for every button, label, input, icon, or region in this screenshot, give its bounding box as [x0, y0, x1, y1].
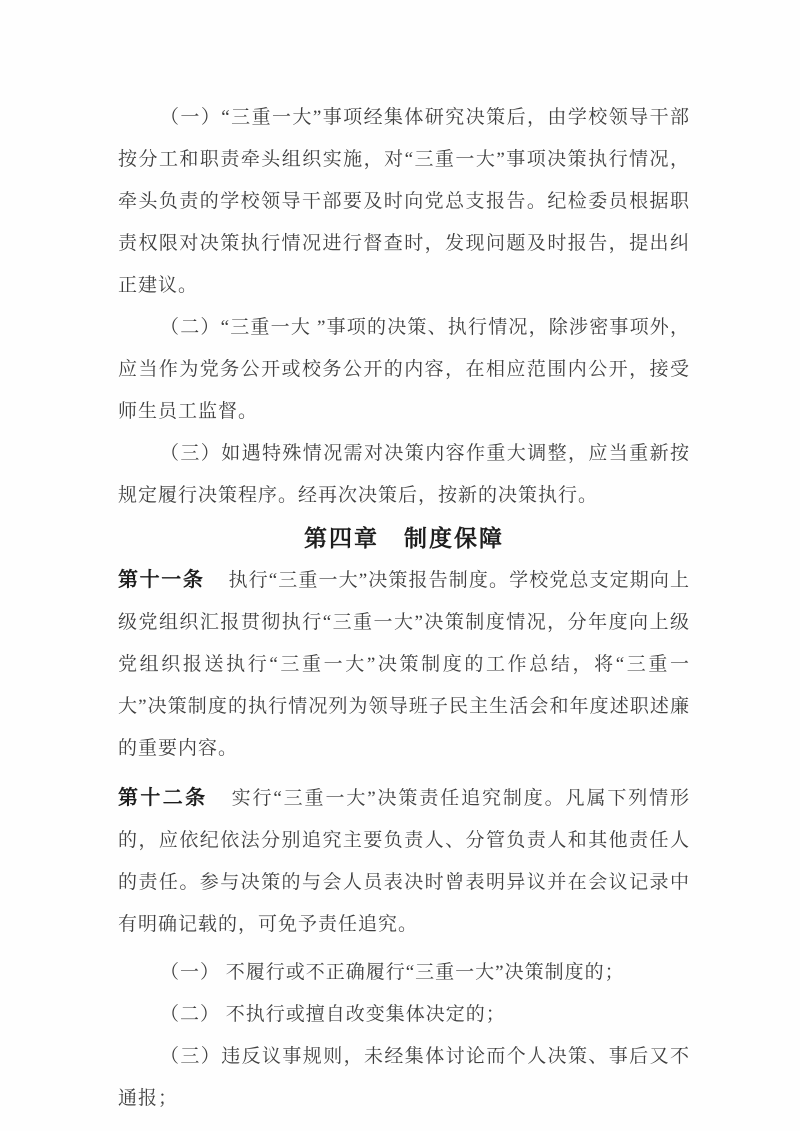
article-11-label: 第十一条	[118, 569, 204, 591]
article-11-text: 执行“三重一大”决策报告制度。学校党总支定期向上级党组织汇报贯彻执行“三重一大”…	[118, 570, 690, 759]
list-item-3: （三）违反议事规则，未经集体讨论而个人决策、事后又不通报；	[118, 1036, 690, 1120]
list-item-1: （一） 不履行或不正确履行“三重一大”决策制度的；	[118, 952, 690, 994]
article-11-paragraph: 第十一条执行“三重一大”决策报告制度。学校党总支定期向上级党组织汇报贯彻执行“三…	[118, 559, 690, 770]
list-item-2: （二） 不执行或擅自改变集体决定的；	[118, 994, 690, 1036]
article-12-paragraph: 第十二条实行“三重一大”决策责任追究制度。凡属下列情形的，应依纪依法分别追究主要…	[118, 777, 690, 946]
article-12-text: 实行“三重一大”决策责任追究制度。凡属下列情形的，应依纪依法分别追究主要负责人、…	[118, 788, 690, 935]
clause-paragraph-2: （二）“三重一大 ”事项的决策、执行情况，除涉密事项外，应当作为党务公开或校务公…	[118, 307, 690, 433]
clause-paragraph-3: （三）如遇特殊情况需对决策内容作重大调整，应当重新按规定履行决策程序。经再次决策…	[118, 433, 690, 517]
chapter-heading: 第四章 制度保障	[118, 517, 690, 559]
clause-paragraph-1: （一）“三重一大”事项经集体研究决策后，由学校领导干部按分工和职责牵头组织实施，…	[118, 97, 690, 307]
document-page: （一）“三重一大”事项经集体研究决策后，由学校领导干部按分工和职责牵头组织实施，…	[0, 0, 800, 1131]
article-12-label: 第十二条	[118, 787, 208, 809]
document-content: （一）“三重一大”事项经集体研究决策后，由学校领导干部按分工和职责牵头组织实施，…	[118, 0, 690, 1120]
